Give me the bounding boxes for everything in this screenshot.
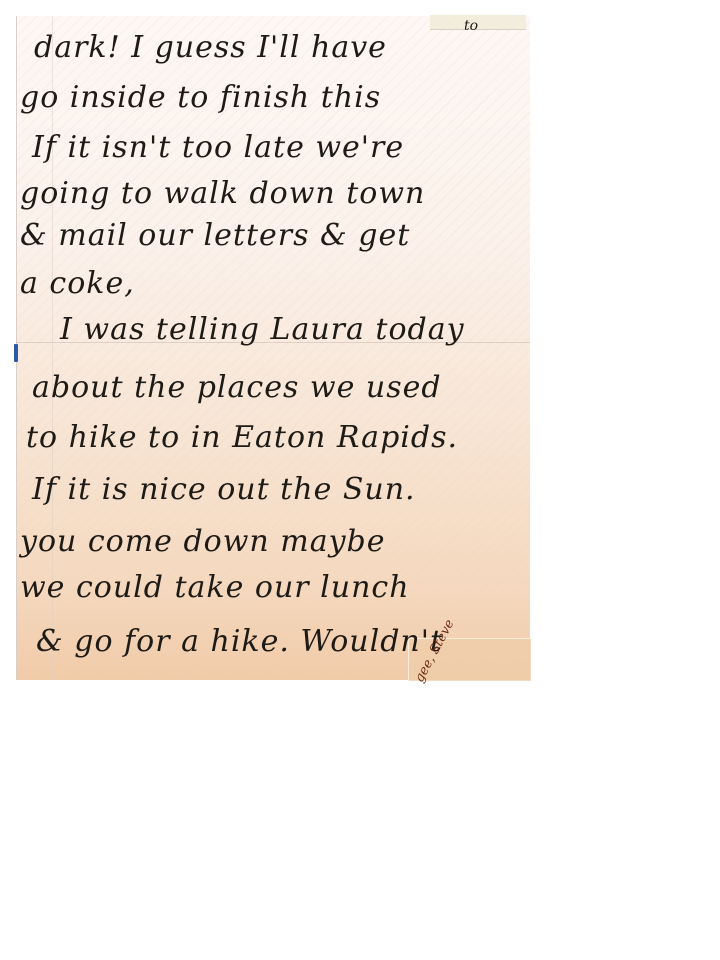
handwritten-line-6: a coke,: [20, 266, 135, 301]
handwritten-line-4: going to walk down town: [20, 176, 425, 211]
handwritten-line-13: & go for a hike. Wouldn't: [36, 624, 443, 659]
handwritten-line-10: If it is nice out the Sun.: [32, 472, 416, 507]
handwritten-line-1: dark! I guess I'll have: [34, 30, 387, 65]
margin-note-top: to: [464, 18, 478, 34]
letter-page: to dark! I guess I'll have go inside to …: [16, 16, 530, 680]
handwritten-line-5: & mail our letters & get: [20, 218, 410, 253]
handwritten-line-9: to hike to in Eaton Rapids.: [26, 420, 458, 455]
handwritten-line-2: go inside to finish this: [20, 80, 381, 115]
handwritten-line-12: we could take our lunch: [20, 570, 410, 605]
handwritten-line-7: I was telling Laura today: [60, 312, 465, 347]
handwritten-line-11: you come down maybe: [20, 524, 386, 559]
handwritten-line-8: about the places we used: [32, 370, 442, 405]
handwritten-line-3: If it isn't too late we're: [32, 130, 404, 165]
blue-edge-mark: [14, 344, 18, 362]
